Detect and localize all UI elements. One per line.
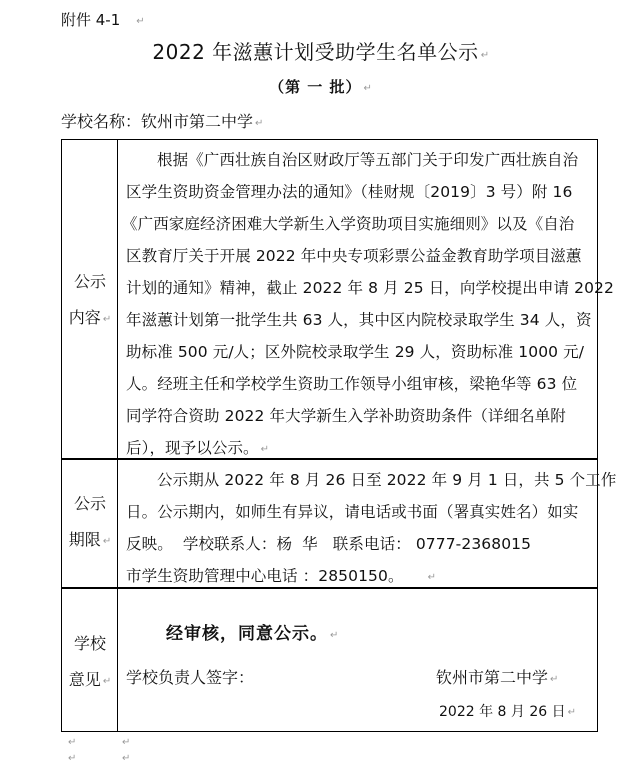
approval-text: 经审核，同意公示。 [166, 624, 328, 644]
paragraph-mark-icon: ↵ [122, 753, 130, 764]
contact-info-line: 反映。 学校联系人：杨 华 联系电话： 0777-2368015 [126, 528, 594, 560]
school-name-line: 学校名称：钦州市第二中学↵ [61, 109, 263, 132]
paragraph-mark-icon: ↵ [481, 50, 490, 61]
paragraph-mark-icon: ↵ [68, 753, 76, 764]
center-phone-line: 市学生资助管理中心电话 ：2850150。 [126, 567, 404, 585]
content-line: 年滋蕙计划第一批学生共 63 人，其中区内院校录取学生 34 人，资 [126, 304, 594, 336]
content-line: 《广西家庭经济困难大学新生入学资助项目实施细则》以及《自治 [122, 208, 594, 240]
paragraph-mark-icon: ↵ [255, 118, 263, 129]
content-line: 后），现予以公示。 [126, 439, 259, 457]
paragraph-mark-icon: ↵ [261, 444, 269, 455]
signature-date: 2022 年 8 月 26 日↵ [439, 701, 576, 721]
document-subtitle: （第 一 批）↵ [0, 76, 642, 97]
content-line: 同学符合资助 2022 年大学新生入学补助资助条件（详细名单附 [126, 400, 594, 432]
approval-statement: 经审核，同意公示。↵ [166, 619, 339, 644]
row-label-line: 期限 [69, 530, 101, 549]
content-line: 助标准 500 元/人；区外院校录取学生 29 人，资助标准 1000 元/ [126, 336, 594, 368]
paragraph-mark-icon: ↵ [364, 83, 373, 94]
content-line: 区教育厅关于开展 2022 年中央专项彩票公益金教育助学项目滋蕙 [126, 240, 594, 272]
content-line: 区学生资助资金管理办法的通知》（桂财规〔2019〕3 号）附 16 [126, 176, 594, 208]
content-line: 公示期从 2022 年 8 月 26 日至 2022 年 9 月 1 日，共 5… [126, 464, 594, 496]
date-text: 2022 年 8 月 26 日 [439, 704, 566, 720]
attachment-label: 附件 4-1↵ [61, 9, 145, 30]
paragraph-mark-icon: ↵ [122, 737, 130, 748]
announcement-period-cell: 公示期从 2022 年 8 月 26 日至 2022 年 9 月 1 日，共 5… [126, 464, 594, 592]
row-label-line: 内容 [69, 308, 101, 327]
paragraph-mark-icon: ↵ [136, 16, 144, 27]
paragraph-mark-icon: ↵ [330, 630, 339, 641]
school-name-text: 学校名称：钦州市第二中学 [61, 112, 253, 131]
document-title: 2022 年滋蕙计划受助学生名单公示↵ [0, 36, 642, 65]
paragraph-mark-icon: ↵ [68, 737, 76, 748]
paragraph-mark-icon: ↵ [428, 572, 436, 583]
content-line: 人。经班主任和学校学生资助工作领导小组审核，梁艳华等 63 位 [126, 368, 594, 400]
paragraph-mark-icon: ↵ [103, 536, 111, 547]
content-line: 根据《广西壮族自治区财政厅等五部门关于印发广西壮族自治 [126, 144, 594, 176]
attachment-label-text: 附件 4-1 [61, 11, 120, 29]
organization-name: 钦州市第二中学↵ [436, 665, 558, 688]
paragraph-mark-icon: ↵ [103, 314, 111, 325]
content-line: 计划的通知》精神，截止 2022 年 8 月 25 日，向学校提出申请 2022 [126, 272, 594, 304]
document-title-text: 2022 年滋蕙计划受助学生名单公示 [152, 40, 478, 64]
row-label-line: 公示 [62, 486, 118, 522]
content-line: 日。公示期内，如师生有异议，请电话或书面（署真实姓名）如实 [126, 496, 594, 528]
organization-text: 钦州市第二中学 [436, 668, 548, 687]
paragraph-mark-icon: ↵ [568, 707, 576, 718]
announcement-content-cell: 根据《广西壮族自治区财政厅等五部门关于印发广西壮族自治 区学生资助资金管理办法的… [126, 144, 594, 464]
announcement-table: 公示 内容↵ 根据《广西壮族自治区财政厅等五部门关于印发广西壮族自治 区学生资助… [61, 139, 598, 732]
row-label-announcement-content: 公示 内容↵ [62, 264, 118, 338]
paragraph-mark-icon: ↵ [550, 674, 558, 685]
document-subtitle-text: （第 一 批） [269, 78, 361, 96]
row-label-announcement-period: 公示 期限↵ [62, 486, 118, 560]
row-label-line: 公示 [62, 264, 118, 300]
school-opinion-cell: 经审核，同意公示。↵ 学校负责人签字： 钦州市第二中学↵ 2022 年 8 月 … [62, 587, 597, 731]
signer-label: 学校负责人签字： [126, 665, 254, 688]
